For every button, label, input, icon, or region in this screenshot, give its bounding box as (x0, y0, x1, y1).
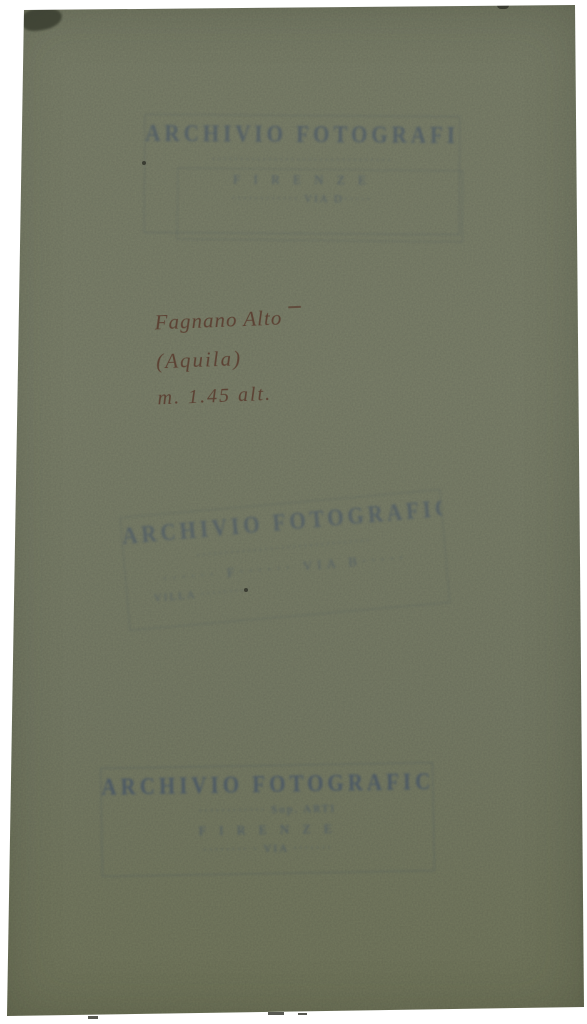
margin-dash-mark (88, 1016, 98, 1019)
archive-stamp-top-offset-border (177, 168, 464, 243)
dark-speck (8, 304, 11, 307)
dark-speck (142, 161, 146, 165)
stamp-line: ································ (145, 153, 459, 167)
handwritten-caption: Fagnano Alto (Aquila) m. 1.45 alt. (154, 302, 388, 411)
stamp-line: ········ · VIA ······· (102, 840, 433, 858)
stamp-line: F I R E N Z E (102, 819, 433, 841)
margin-dash-mark (298, 1013, 307, 1015)
stamp-line: ARCHIVIO FOTOGRAFICO (145, 119, 459, 150)
scanned-document: ARCHIVIO FOTOGRAFICO ···················… (0, 0, 587, 1024)
photo-mount-card: ARCHIVIO FOTOGRAFICO ···················… (0, 0, 587, 1024)
dark-speck (244, 588, 248, 592)
stamp-line: ············ Sop. ARTI (102, 801, 433, 819)
margin-dash-mark (268, 1012, 284, 1015)
edge-notch-mark (497, 3, 509, 9)
handwriting-province: (Aquila) (156, 341, 387, 375)
stamp-line: ARCHIVIO FOTOGRAFICO (101, 767, 432, 802)
archive-stamp-bottom: ARCHIVIO FOTOGRAFICO ············ Sop. A… (100, 762, 435, 877)
